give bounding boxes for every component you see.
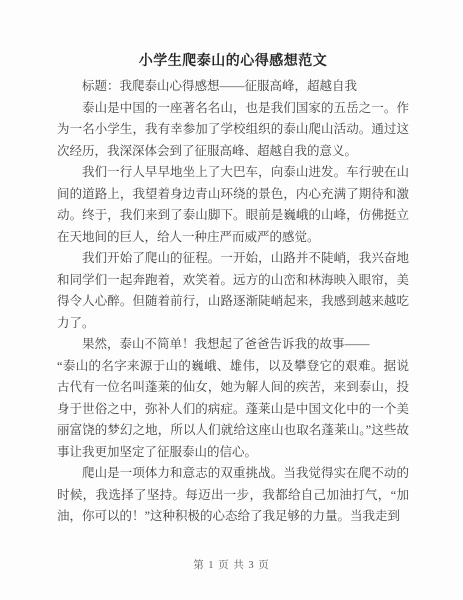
paragraph-quote: “泰山的名字来源于山的巍峨、雄伟，以及攀登它的艰难。据说古代有一位名叫蓬莱的仙女… xyxy=(57,356,409,464)
paragraph-heading-line: 标题：我爬泰山心得感想——征服高峰，超越自我 xyxy=(57,76,409,98)
paragraph: 我们一行人早早地坐上了大巴车，向泰山进发。车行驶在山间的道路上，我望着身边青山环… xyxy=(57,162,409,248)
document-page: 小学生爬泰山的心得感想范文 标题：我爬泰山心得感想——征服高峰，超越自我 泰山是… xyxy=(0,0,463,600)
document-title: 小学生爬泰山的心得感想范文 xyxy=(57,50,409,70)
paragraph: 果然，泰山不简单！我想起了爸爸告诉我的故事—— xyxy=(57,334,409,356)
paragraph: 我们开始了爬山的征程。一开始，山路并不陡峭，我兴奋地和同学们一起奔跑着，欢笑着。… xyxy=(57,248,409,334)
paragraph: 泰山是中国的一座著名名山，也是我们国家的五岳之一。作为一名小学生，我有幸参加了学… xyxy=(57,98,409,163)
page-number: 第 1 页 共 3 页 xyxy=(0,557,463,572)
document-body: 标题：我爬泰山心得感想——征服高峰，超越自我 泰山是中国的一座著名名山，也是我们… xyxy=(57,76,409,528)
paragraph: 爬山是一项体力和意志的双重挑战。当我觉得实在爬不动的时候，我选择了坚持。每迈出一… xyxy=(57,463,409,528)
